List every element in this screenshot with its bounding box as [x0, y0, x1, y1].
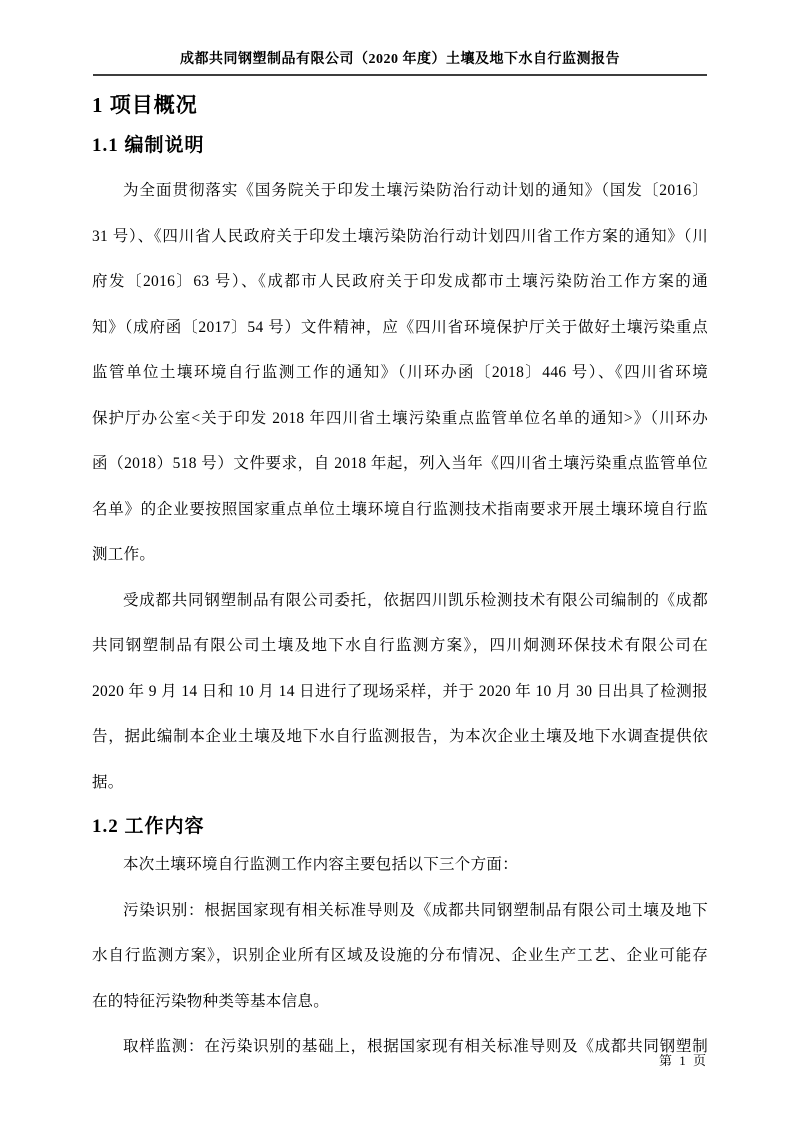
text-line: 本次土壤环境自行监测工作内容主要包括以下三个方面： [92, 842, 708, 888]
text-line: 受成都共同钢塑制品有限公司委托，依据四川凯乐检测技术有限公司编制的《成都 [92, 578, 708, 624]
report-page: 成都共同钢塑制品有限公司（2020 年度）土壤及地下水自行监测报告 1 项目概况… [0, 0, 800, 1131]
paragraph-commission-and-sampling: 受成都共同钢塑制品有限公司委托，依据四川凯乐检测技术有限公司编制的《成都共同钢塑… [92, 578, 708, 806]
heading-1-1-compilation-notes: 1.1 编制说明 [92, 134, 708, 158]
document-body: 1 项目概况 1.1 编制说明 为全面贯彻落实《国务院关于印发土壤污染防治行动计… [92, 84, 708, 1070]
text-line: 据。 [92, 760, 708, 806]
paragraph-work-scope-intro: 本次土壤环境自行监测工作内容主要包括以下三个方面： [92, 842, 708, 888]
page-footer: 第 1 页 [659, 1050, 708, 1069]
heading-1-project-overview: 1 项目概况 [92, 92, 708, 118]
text-line: 保护厅办公室<关于印发 2018 年四川省土壤污染重点监管单位名单的通知>》（川… [92, 396, 708, 442]
text-line: 监管单位土壤环境自行监测工作的通知》（川环办函〔2018〕446 号）、《四川省… [92, 350, 708, 396]
paragraph-sampling-monitoring: 取样监测：在污染识别的基础上，根据国家现有相关标准导则及《成都共同钢塑制 [92, 1024, 708, 1070]
text-line: 知》（成府函〔2017〕54 号）文件精神，应《四川省环境保护厅关于做好土壤污染… [92, 305, 708, 351]
text-line: 取样监测：在污染识别的基础上，根据国家现有相关标准导则及《成都共同钢塑制 [92, 1024, 708, 1070]
text-line: 污染识别：根据国家现有相关标准导则及《成都共同钢塑制品有限公司土壤及地下 [92, 888, 708, 934]
text-line: 测工作。 [92, 532, 708, 578]
page-number: 第 1 页 [659, 1053, 708, 1068]
text-line: 共同钢塑制品有限公司土壤及地下水自行监测方案》，四川炯测环保技术有限公司在 [92, 623, 708, 669]
header-title: 成都共同钢塑制品有限公司（2020 年度）土壤及地下水自行监测报告 [93, 50, 707, 70]
text-line: 府发〔2016〕63 号）、《成都市人民政府关于印发成都市土壤污染防治工作方案的… [92, 259, 708, 305]
text-line: 告，据此编制本企业土壤及地下水自行监测报告，为本次企业土壤及地下水调查提供依 [92, 714, 708, 760]
heading-1-2-work-content: 1.2 工作内容 [92, 815, 708, 839]
paragraph-pollution-identification: 污染识别：根据国家现有相关标准导则及《成都共同钢塑制品有限公司土壤及地下水自行监… [92, 888, 708, 1025]
text-line: 2020 年 9 月 14 日和 10 月 14 日进行了现场采样，并于 202… [92, 669, 708, 715]
text-line: 为全面贯彻落实《国务院关于印发土壤污染防治行动计划的通知》（国发〔2016〕 [92, 168, 708, 214]
text-line: 函（2018）518 号）文件要求，自 2018 年起，列入当年《四川省土壤污染… [92, 441, 708, 487]
page-header: 成都共同钢塑制品有限公司（2020 年度）土壤及地下水自行监测报告 [93, 50, 707, 76]
text-line: 在的特征污染物种类等基本信息。 [92, 979, 708, 1025]
paragraph-policy-basis: 为全面贯彻落实《国务院关于印发土壤污染防治行动计划的通知》（国发〔2016〕31… [92, 168, 708, 578]
text-line: 水自行监测方案》，识别企业所有区域及设施的分布情况、企业生产工艺、企业可能存 [92, 933, 708, 979]
text-line: 31 号）、《四川省人民政府关于印发土壤污染防治行动计划四川省工作方案的通知》（… [92, 214, 708, 260]
text-line: 名单》的企业要按照国家重点单位土壤环境自行监测技术指南要求开展土壤环境自行监 [92, 487, 708, 533]
header-rule [93, 74, 707, 76]
